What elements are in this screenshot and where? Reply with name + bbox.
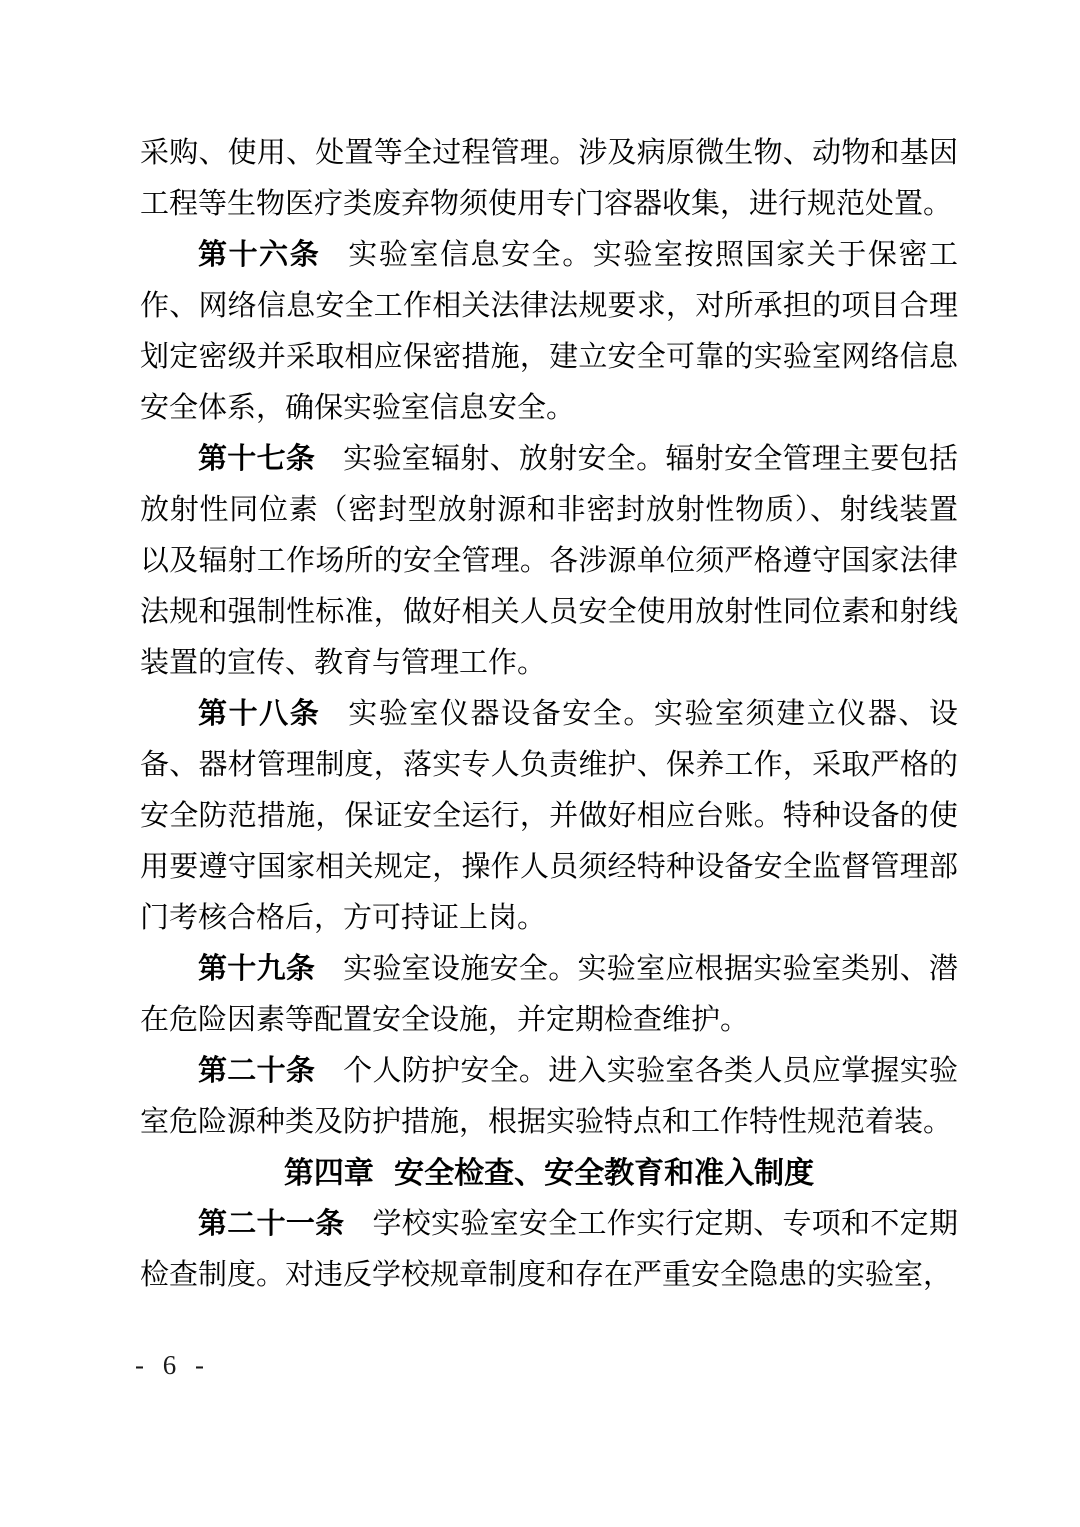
article-21-paragraph: 第二十一条学校实验室安全工作实行定期、专项和不定期检查制度。对违反学校规章制度和… (140, 1199, 958, 1301)
document-body: 采购、使用、处置等全过程管理。涉及病原微生物、动物和基因工程等生物医疗类废弃物须… (140, 128, 958, 1301)
article-17-label: 第十七条 (198, 443, 315, 475)
article-17-text: 实验室辐射、放射安全。辐射安全管理主要包括放射性同位素（密封型放射源和非密封放射… (140, 443, 958, 679)
article-19-paragraph: 第十九条实验室设施安全。实验室应根据实验室类别、潜在危险因素等配置安全设施，并定… (140, 944, 958, 1046)
article-18-text: 实验室仪器设备安全。实验室须建立仪器、设备、器材管理制度，落实专人负责维护、保养… (140, 698, 958, 934)
article-21-label: 第二十一条 (198, 1208, 344, 1240)
article-17-paragraph: 第十七条实验室辐射、放射安全。辐射安全管理主要包括放射性同位素（密封型放射源和非… (140, 434, 958, 689)
paragraph-continuation: 采购、使用、处置等全过程管理。涉及病原微生物、动物和基因工程等生物医疗类废弃物须… (140, 128, 958, 230)
document-page: 采购、使用、处置等全过程管理。涉及病原微生物、动物和基因工程等生物医疗类废弃物须… (0, 0, 1080, 1527)
article-20-paragraph: 第二十条个人防护安全。进入实验室各类人员应掌握实验室危险源种类及防护措施，根据实… (140, 1046, 958, 1148)
article-18-paragraph: 第十八条实验室仪器设备安全。实验室须建立仪器、设备、器材管理制度，落实专人负责维… (140, 689, 958, 944)
article-18-label: 第十八条 (198, 698, 320, 730)
page-number: - 6 - (135, 1350, 210, 1381)
article-16-label: 第十六条 (198, 239, 320, 271)
chapter-heading: 第四章 安全检查、安全教育和准入制度 (140, 1148, 958, 1199)
article-16-paragraph: 第十六条实验室信息安全。实验室按照国家关于保密工作、网络信息安全工作相关法律法规… (140, 230, 958, 434)
article-20-label: 第二十条 (198, 1055, 315, 1087)
article-19-label: 第十九条 (198, 953, 315, 985)
